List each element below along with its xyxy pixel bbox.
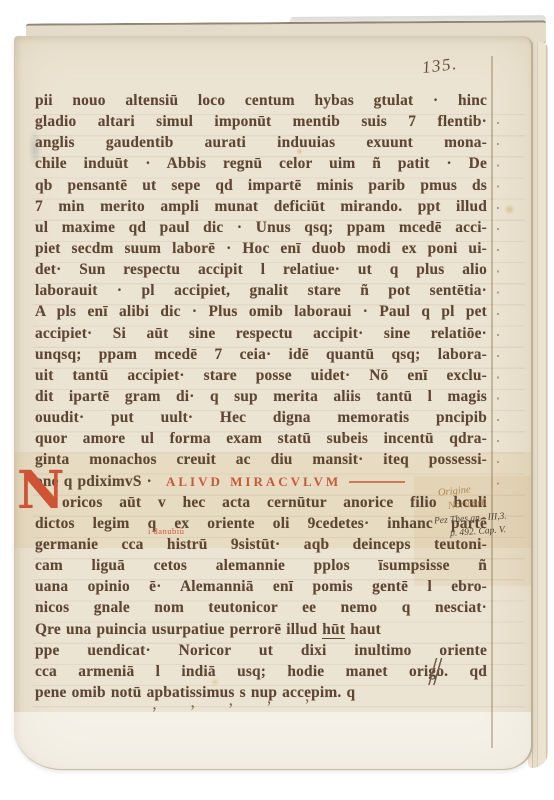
text-line: uit tantū accipiet· stare posse uidet· N… xyxy=(35,365,487,386)
manuscript-photo: 135. pii nouo altensiū loco centum hybas… xyxy=(0,0,554,800)
rubric-line-filler xyxy=(349,481,405,483)
text-line: uana opinio ē· Alemanniā enī pomis gentē… xyxy=(35,576,487,597)
text-block: pii nouo altensiū loco centum hybas gtul… xyxy=(35,90,487,703)
text-line: unqsq; ppam mcedē 7 ceia· idē quantū qsq… xyxy=(35,344,487,365)
rubric-heading: ALIVD MIRACVLVM xyxy=(166,474,341,489)
text-line: ouudit· put uult· Hec digna memoratis pn… xyxy=(35,407,487,428)
text-line: piet secdm suum laborē · Hoc enī duob mo… xyxy=(35,238,487,259)
interlinear-red-gloss: i danubiū xyxy=(148,526,184,536)
text-line: germanie cca histrū 9sistūt· aqb deincep… xyxy=(35,534,487,555)
yellow-stain xyxy=(504,204,515,215)
text-line: ul maxime qd paul dic · Unus qsq; ppam m… xyxy=(35,217,487,238)
text-line-after-initial: oricos aūt v hec acta cernūtur anorice f… xyxy=(35,492,487,513)
text-line: laborauit · pl accipiet, gnalit stare ñ … xyxy=(35,280,487,301)
text-line: A pls enī alibi dic · Plus omib laboraui… xyxy=(35,301,487,322)
text-line-with-rubric: one q pdiximvS ·ALIVD MIRACVLVM xyxy=(35,471,487,492)
text-line: nicos gnale nom teutonicor ee nemo q nes… xyxy=(35,597,487,618)
text-segment: Qre una puincia usurpatiue perrorē illud xyxy=(35,621,322,638)
text-line: dictos legim q ex oriente oli 9cedetes· … xyxy=(35,513,487,534)
text-line: anglis gaudentib aurati induuias exuunt … xyxy=(35,132,487,153)
text-line-with-underline: Qre una puincia usurpatiue perrorē illud… xyxy=(35,619,487,640)
text-segment: haut xyxy=(345,621,381,638)
text-line: quor amore ul forma exam statū subeis in… xyxy=(35,428,487,449)
text-line: ppe uendicat· Noricor ut dixi inultimo o… xyxy=(35,640,487,661)
text-line: accipiet· Si aūt sine respectu accipit· … xyxy=(35,323,487,344)
text-line: dit ipartē gram di· q sup merita aliis t… xyxy=(35,386,487,407)
text-line: 7 min merito ampli munat deficiūt mirand… xyxy=(35,196,487,217)
text-line: det· Sun respectu accipit l relatiue· ut… xyxy=(35,259,487,280)
text-line: qb pensantē ut sepe qd impartē minis par… xyxy=(35,175,487,196)
margin-ruling-line xyxy=(491,56,493,748)
pricking-holes xyxy=(497,122,499,490)
text-line: cca armeniā l indiā usq; hodie manet ori… xyxy=(35,661,487,682)
text-line: pii nouo altensiū loco centum hybas gtul… xyxy=(35,90,487,111)
text-line: chile induūt · Abbis regnū celor uim ñ p… xyxy=(35,153,487,174)
decorated-initial-letter: N xyxy=(17,466,65,516)
underlined-word: hūt xyxy=(322,621,345,639)
text-line: cam liguā cetos alemannie pplos īsumpsis… xyxy=(35,555,487,576)
text-line: ginta monachos creuit ac diu mansit· ite… xyxy=(35,449,487,470)
text-line: gladio altari simul imponūt mentib suis … xyxy=(35,111,487,132)
light-exposure-band xyxy=(14,712,531,769)
